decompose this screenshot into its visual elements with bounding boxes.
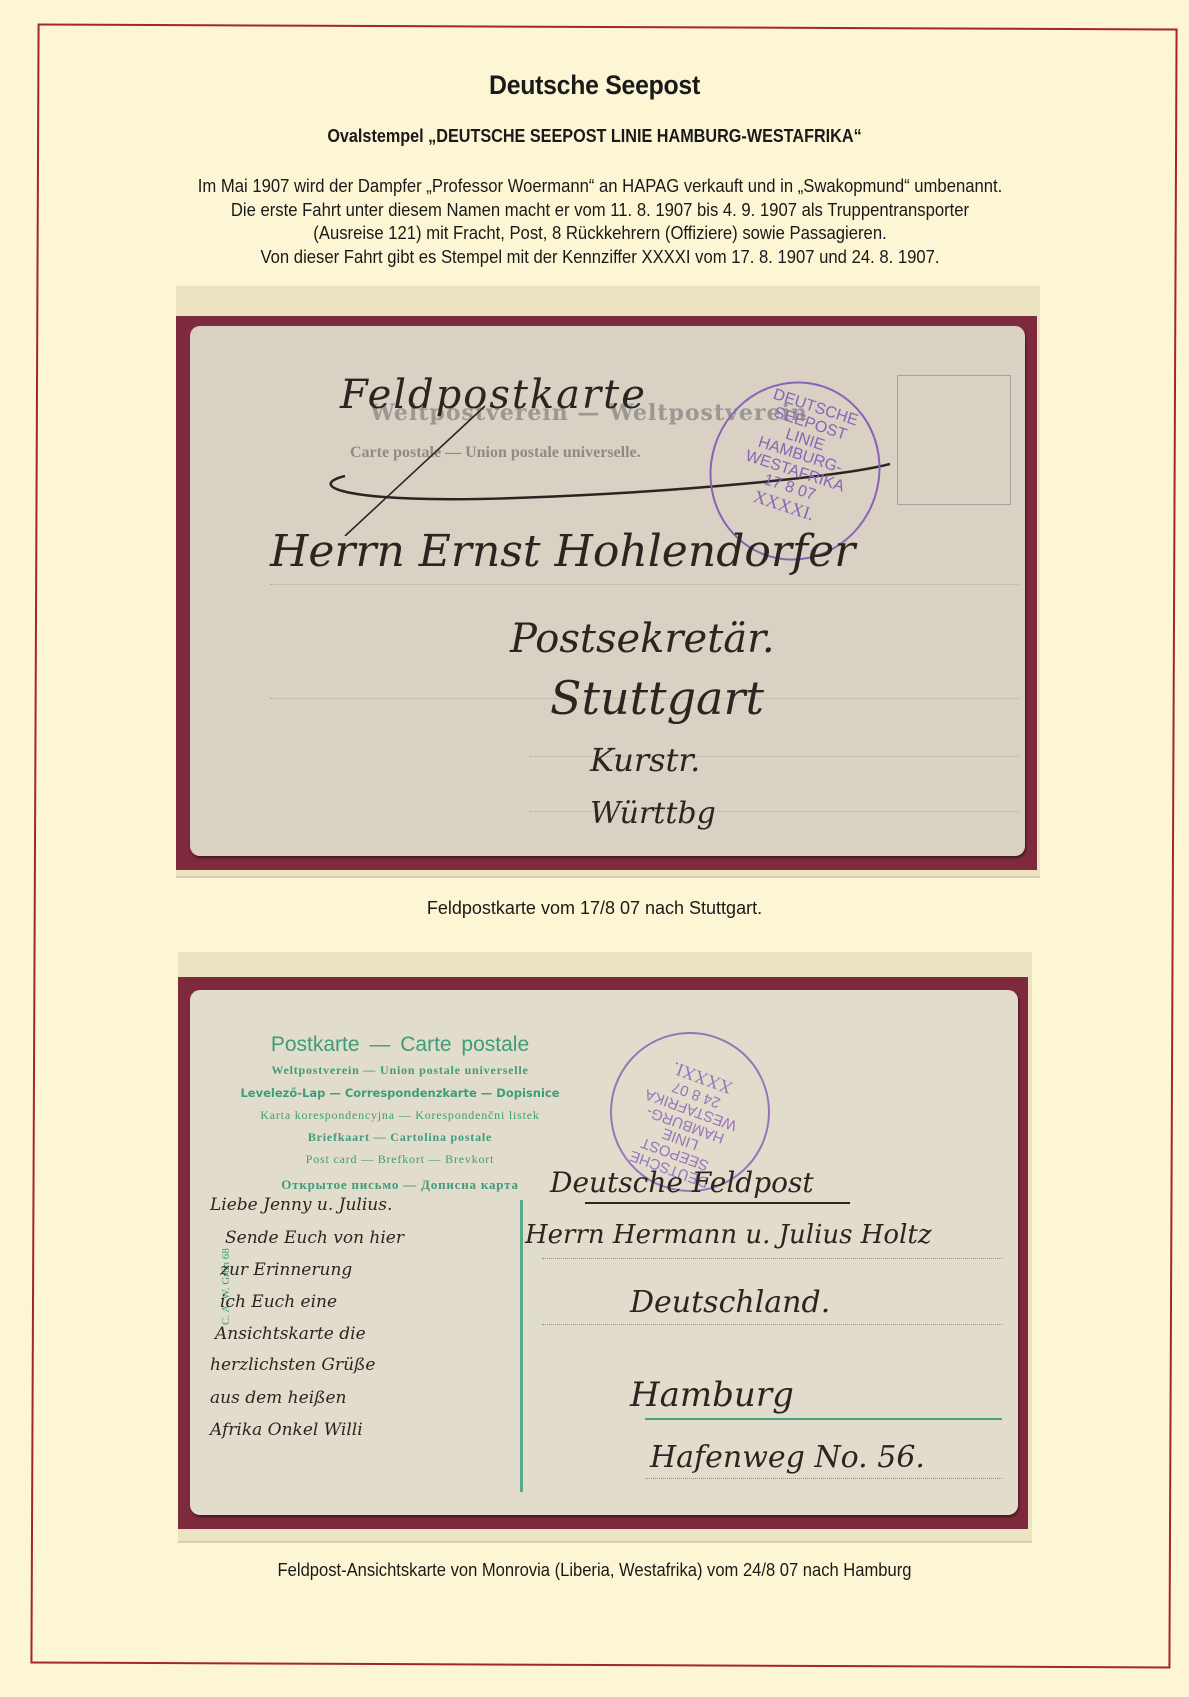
card2-printed-line: Открытое письмо — Дописна карта [190, 1177, 610, 1193]
address-line [645, 1418, 1002, 1420]
card2-printed-line: Karta korespondencyjna — Korespondenčni … [190, 1108, 610, 1123]
intro-line: Im Mai 1907 wird der Dampfer „Professor … [114, 174, 1086, 198]
card2-printed-line: Weltpostverein — Union postale universel… [190, 1063, 610, 1078]
card1-postcard: Weltpostverein — Weltpostverein Carte po… [190, 326, 1025, 856]
card1-stamp-box [897, 375, 1011, 505]
card2-message-line: ich Euch eine [220, 1292, 337, 1312]
card1-address-line: Stuttgart [550, 671, 764, 725]
card1-address-line: Herrn Ernst Hohlendorfer [270, 526, 855, 577]
intro-line: Von dieser Fahrt gibt es Stempel mit der… [114, 245, 1086, 269]
card2-message-line: Sende Euch von hier [225, 1228, 404, 1248]
card2-message-line: aus dem heißen [210, 1388, 347, 1408]
intro-line: (Ausreise 121) mit Fracht, Post, 8 Rückk… [114, 221, 1086, 245]
card2-message-line: Afrika Onkel Willi [210, 1420, 363, 1440]
card2-printed-title: Postkarte — Carte postale [190, 1033, 610, 1057]
card2-message-line: herzlichsten Grüße [210, 1355, 375, 1375]
card2-printed-line: Briefkaart — Cartolina postale [190, 1130, 610, 1145]
card2-header-underline [585, 1202, 850, 1204]
card1-address-line: Württbg [590, 796, 716, 831]
card1-address-line: Postsekretär. [510, 616, 775, 662]
card2-printed-line: Levelező-Lap — Correspondenzkarte — Dopi… [190, 1086, 610, 1100]
card2-address-line: Hamburg [630, 1375, 794, 1415]
card2-address-line: Deutschland. [630, 1285, 830, 1320]
address-line [542, 1324, 1002, 1325]
card2-address-line: Hafenweg No. 56. [650, 1440, 925, 1475]
card2-message-line: Ansichtskarte die [215, 1324, 366, 1344]
card2-caption: Feldpost-Ansichtskarte von Monrovia (Lib… [48, 1560, 1142, 1581]
card2-message-line: zur Erinnerung [220, 1260, 352, 1280]
card2-handwritten-header: Deutsche Feldpost [550, 1166, 814, 1199]
card1-caption: Feldpostkarte vom 17/8 07 nach Stuttgart… [0, 898, 1189, 919]
address-line [270, 584, 1020, 585]
card2-divider [520, 1200, 523, 1492]
card2-message-line: Liebe Jenny u. Julius. [210, 1195, 392, 1215]
address-line [542, 1258, 1002, 1259]
page-subtitle: Ovalstempel „DEUTSCHE SEEPOST LINIE HAMB… [59, 126, 1129, 147]
intro-text: Im Mai 1907 wird der Dampfer „Professor … [114, 174, 1086, 268]
intro-line: Die erste Fahrt unter diesem Namen macht… [114, 198, 1086, 222]
card2-printed-line: Post card — Brefkort — Brevkort [190, 1152, 610, 1167]
card1-address-line: Kurstr. [590, 741, 700, 779]
page-title: Deutsche Seepost [48, 70, 1142, 101]
card2-postcard: Postkarte — Carte postale Weltpostverein… [190, 990, 1018, 1515]
card2-address-line: Herrn Hermann u. Julius Holtz [525, 1220, 932, 1250]
address-line [645, 1478, 1002, 1479]
